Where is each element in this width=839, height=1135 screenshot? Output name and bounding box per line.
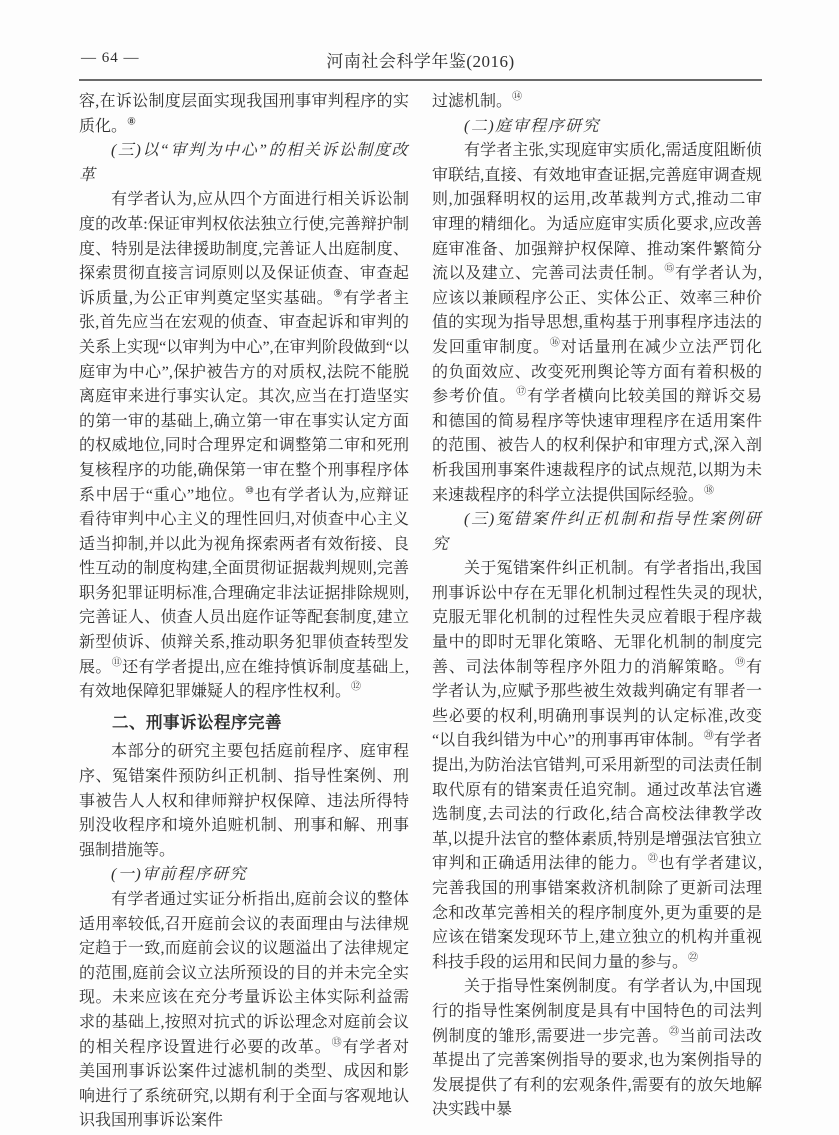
footnote-ref: ⑯ [550, 338, 561, 349]
paragraph: 容,在诉讼制度层面实现我国刑事审判程序的实质化。⑧ [79, 90, 409, 139]
paragraph: 关于冤错案件纠正机制。有学者指出,我国刑事诉讼中存在无罪化机制过程性失灵的现状,… [432, 557, 762, 975]
footnote-ref: ⑪ [112, 657, 122, 668]
page-header: — 64 — 河南社会科学年鉴(2016) [79, 47, 762, 81]
page-number: — 64 — [81, 50, 140, 67]
right-column: 过滤机制。⑭(二)庭审程序研究有学者主张,实现庭审实质化,需适度阻断侦审联结,直… [432, 90, 762, 1134]
footnote-ref: ⑳ [704, 731, 714, 742]
paragraph: 有学者主张,实现庭审实质化,需适度阻断侦审联结,直接、有效地审查证据,完善庭审调… [432, 139, 762, 508]
footnote-ref: ⑧ [127, 116, 136, 127]
paragraph: 关于指导性案例制度。有学者认为,中国现行的指导性案例制度是具有中国特色的司法判例… [432, 975, 762, 1123]
footnote-ref: ⑰ [516, 387, 527, 398]
left-column: 容,在诉讼制度层面实现我国刑事审判程序的实质化。⑧(三)以“审判为中心”的相关诉… [79, 90, 409, 1134]
journal-title: 河南社会科学年鉴(2016) [79, 47, 762, 72]
subsection-heading: (二)庭审程序研究 [432, 115, 762, 140]
footnote-ref: ⑲ [735, 657, 746, 668]
paragraph: 有学者通过实证分析指出,庭前会议的整体适用率较低,召开庭前会议的表面理由与法律规… [79, 888, 409, 1134]
footnote-ref: ⑭ [512, 92, 522, 103]
footnote-ref: ㉒ [688, 952, 698, 963]
footnote-ref: ⑱ [704, 485, 714, 496]
paragraph: 本部分的研究主要包括庭前程序、庭审程序、冤错案件预防纠正机制、指导性案例、刑事被… [79, 740, 409, 863]
section-heading: 二、刑事诉讼程序完善 [79, 711, 409, 736]
footnote-ref: ㉓ [669, 1026, 680, 1037]
footnote-ref: ⑨ [333, 288, 343, 299]
header-row: — 64 — 河南社会科学年鉴(2016) [79, 47, 762, 72]
document-page: — 64 — 河南社会科学年鉴(2016) 容,在诉讼制度层面实现我国刑事审判程… [0, 0, 839, 1135]
paragraph: 过滤机制。⑭ [432, 90, 762, 115]
footnote-ref: ⑬ [332, 1037, 343, 1048]
subsection-heading: (三)冤错案件纠正机制和指导性案例研究 [432, 508, 762, 557]
paragraph: 有学者认为,应从四个方面进行相关诉讼制度的改革:保证审判权依法独立行使,完善辩护… [79, 188, 409, 704]
text-columns: 容,在诉讼制度层面实现我国刑事审判程序的实质化。⑧(三)以“审判为中心”的相关诉… [79, 90, 762, 1134]
subsection-heading: (三)以“审判为中心”的相关诉讼制度改革 [79, 139, 409, 188]
subsection-heading: (一)审前程序研究 [79, 863, 409, 888]
footnote-ref: ⑩ [245, 485, 255, 496]
header-rule [79, 79, 762, 81]
footnote-ref: ⑮ [664, 264, 675, 275]
footnote-ref: ⑫ [351, 682, 361, 693]
footnote-ref: ㉑ [648, 854, 659, 865]
